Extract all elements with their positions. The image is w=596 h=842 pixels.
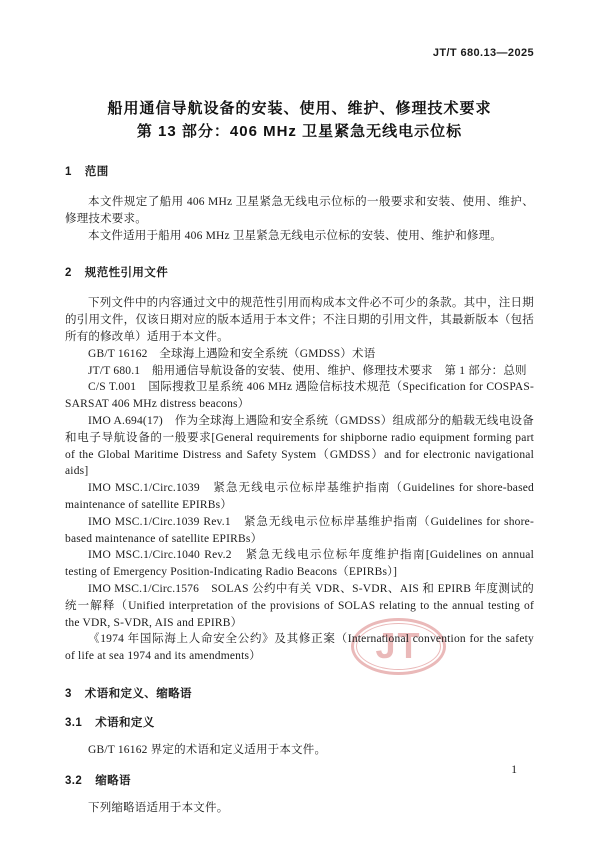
document-page: JT/T 680.13—2025 JT 船用通信导航设备的安装、使用、维护、修理… (0, 0, 596, 842)
scope-paragraph-1: 本文件规定了船用 406 MHz 卫星紧急无线电示位标的一般要求和安装、使用、维… (65, 194, 534, 228)
section-3-1-heading: 3.1术语和定义 (65, 716, 534, 730)
document-title-line-2: 第 13 部分：406 MHz 卫星紧急无线电示位标 (65, 120, 534, 143)
document-title-line-1: 船用通信导航设备的安装、使用、维护、修理技术要求 (65, 97, 534, 120)
references-intro: 下列文件中的内容通过文中的规范性引用而构成本文件必不可少的条款。其中，注日期的引… (65, 295, 534, 345)
reference-item: JT/T 680.1 船用通信导航设备的安装、使用、维护、修理技术要求 第 1 … (65, 363, 534, 380)
section-3-1-title: 术语和定义 (95, 717, 155, 729)
reference-item: IMO MSC.1/Circ.1039 Rev.1 紧急无线电示位标岸基维护指南… (65, 514, 534, 548)
section-3-1-number: 3.1 (65, 716, 82, 730)
section-3-2-title: 缩略语 (95, 775, 131, 787)
section-1-heading: 1范围 (65, 165, 534, 179)
section-2-title: 规范性引用文件 (85, 267, 168, 279)
section-3-number: 3 (65, 687, 72, 701)
section-3-2-number: 3.2 (65, 774, 82, 788)
reference-item: IMO A.694(17) 作为全球海上遇险和安全系统（GMDSS）组成部分的船… (65, 413, 534, 480)
section-1-number: 1 (65, 165, 72, 179)
page-header: JT/T 680.13—2025 (65, 46, 534, 60)
reference-item: GB/T 16162 全球海上遇险和安全系统（GMDSS）术语 (65, 346, 534, 363)
reference-item: 《1974 年国际海上人命安全公约》及其修正案（International co… (65, 631, 534, 665)
section-3-heading: 3术语和定义、缩略语 (65, 687, 534, 701)
page-number: 1 (511, 764, 517, 776)
terms-paragraph: GB/T 16162 界定的术语和定义适用于本文件。 (65, 742, 534, 759)
document-title: 船用通信导航设备的安装、使用、维护、修理技术要求 第 13 部分：406 MHz… (65, 97, 534, 143)
section-2-heading: 2规范性引用文件 (65, 266, 534, 280)
reference-item: C/S T.001 国际搜救卫星系统 406 MHz 遇险信标技术规范（Spec… (65, 379, 534, 413)
standard-number: JT/T 680.13—2025 (433, 47, 534, 59)
reference-item: IMO MSC.1/Circ.1576 SOLAS 公约中有关 VDR、S-VD… (65, 581, 534, 631)
section-3-title: 术语和定义、缩略语 (85, 688, 192, 700)
references-list: GB/T 16162 全球海上遇险和安全系统（GMDSS）术语 JT/T 680… (65, 346, 534, 665)
reference-item: IMO MSC.1/Circ.1040 Rev.2 紧急无线电示位标年度维护指南… (65, 547, 534, 581)
section-2-number: 2 (65, 266, 72, 280)
section-3-2-heading: 3.2缩略语 (65, 774, 534, 788)
scope-paragraph-2: 本文件适用于船用 406 MHz 卫星紧急无线电示位标的安装、使用、维护和修理。 (65, 228, 534, 245)
section-1-title: 范围 (85, 166, 109, 178)
abbreviations-paragraph: 下列缩略语适用于本文件。 (65, 800, 534, 817)
reference-item: IMO MSC.1/Circ.1039 紧急无线电示位标岸基维护指南（Guide… (65, 480, 534, 514)
